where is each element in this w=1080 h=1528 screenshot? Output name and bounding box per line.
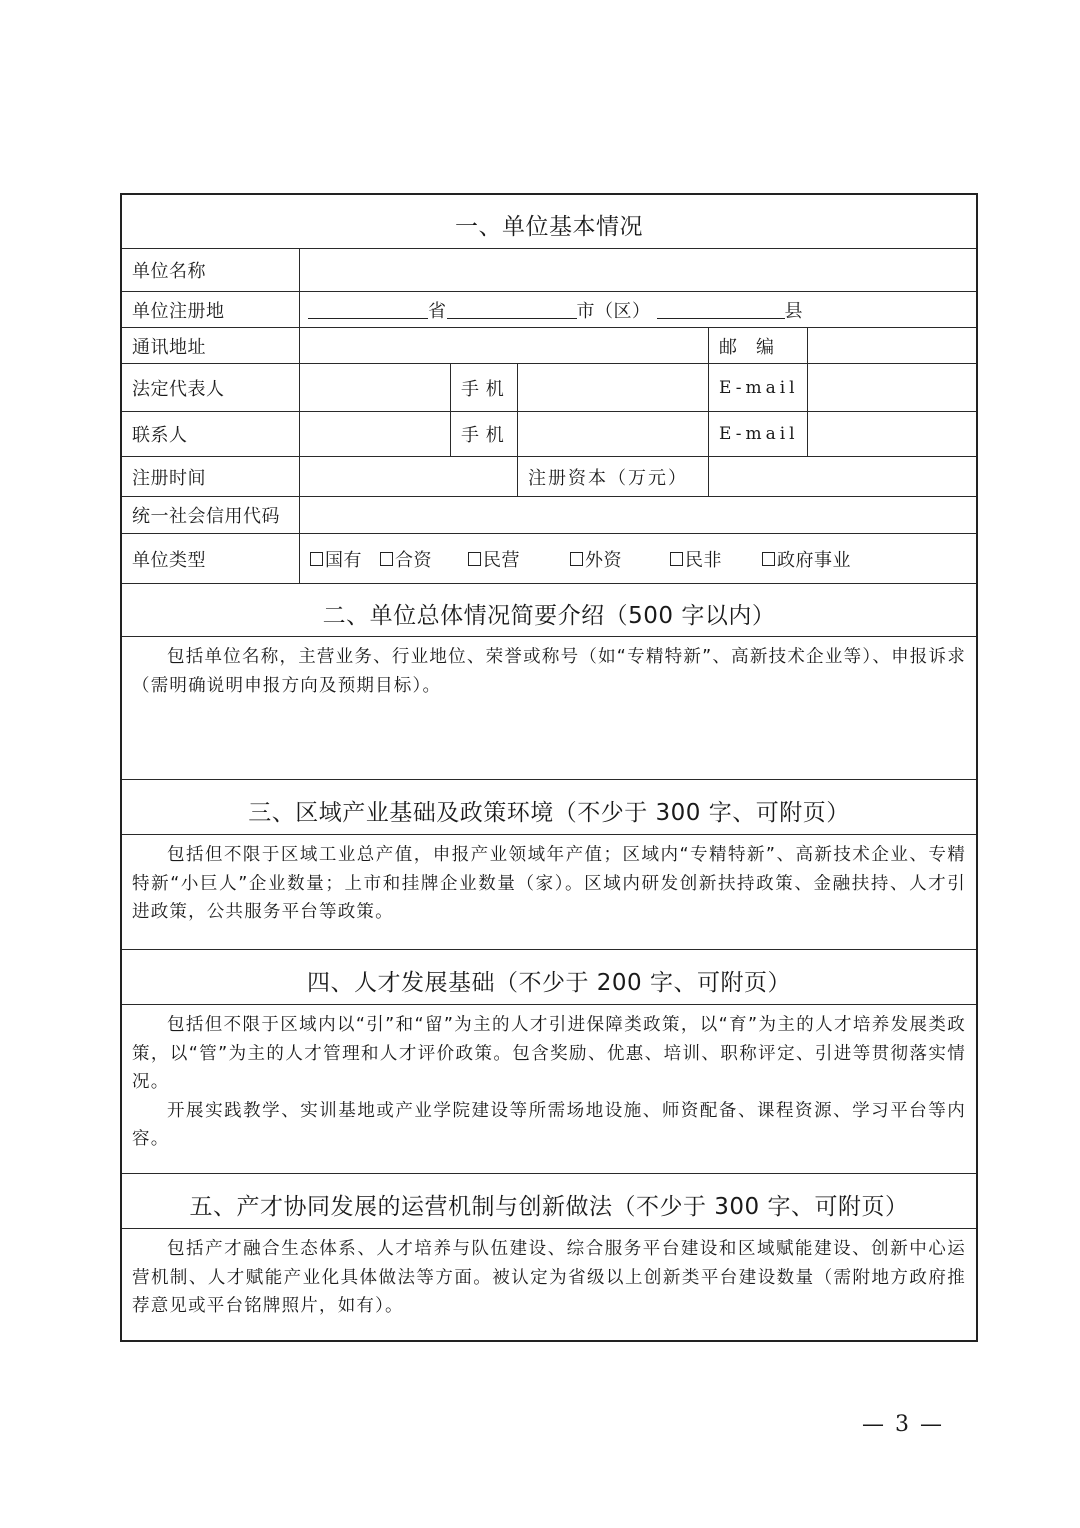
address-field[interactable] (299, 328, 708, 363)
legal-rep-mobile-field[interactable] (517, 364, 708, 411)
unit-type-checkbox-foreign[interactable]: 外资 (570, 546, 622, 572)
credit-code-field[interactable] (299, 497, 976, 533)
province-input[interactable] (308, 300, 428, 319)
legal-rep-email-field[interactable] (807, 364, 976, 411)
checkbox-icon (570, 552, 583, 566)
credit-code-label: 统一社会信用代码 (122, 497, 299, 533)
checkbox-icon (468, 552, 481, 566)
section5-title: 五、产才协同发展的运营机制与创新做法（不少于 300 字、可附页） (122, 1174, 976, 1228)
contact-label: 联系人 (122, 412, 299, 456)
checkbox-icon (670, 552, 683, 566)
county-input[interactable] (657, 300, 785, 319)
legal-rep-mobile-label: 手 机 (450, 364, 517, 411)
checkbox-icon (310, 552, 323, 566)
contact-mobile-field[interactable] (517, 412, 708, 456)
section3-description: 包括但不限于区域工业总产值，申报产业领域年产值；区域内“专精特新”、高新技术企业… (122, 835, 976, 927)
section1-header-row: 一、单位基本情况 (122, 195, 976, 249)
unit-name-row: 单位名称 (122, 249, 976, 292)
section5-header-row: 五、产才协同发展的运营机制与创新做法（不少于 300 字、可附页） (122, 1174, 976, 1229)
contact-field[interactable] (299, 412, 450, 456)
unit-type-row: 单位类型 国有 合资 民营 外资 民非 政府事业 (122, 534, 976, 584)
section5-description: 包括产才融合生态体系、人才培养与队伍建设、综合服务平台建设和区域赋能建设、创新中… (122, 1229, 976, 1321)
address-label: 通讯地址 (122, 328, 299, 363)
section4-title: 四、人才发展基础（不少于 200 字、可附页） (122, 950, 976, 1004)
unit-name-label: 单位名称 (122, 249, 299, 291)
reg-time-field[interactable] (299, 457, 517, 496)
contact-row: 联系人 手 机 E-mail (122, 412, 976, 457)
unit-type-checkbox-non-profit[interactable]: 民非 (670, 546, 722, 572)
unit-name-field[interactable] (299, 249, 976, 291)
section2-header-row: 二、单位总体情况简要介绍（500 字以内） (122, 584, 976, 637)
section2-title: 二、单位总体情况简要介绍（500 字以内） (122, 584, 976, 636)
section3-header-row: 三、区域产业基础及政策环境（不少于 300 字、可附页） (122, 780, 976, 835)
section3-content[interactable]: 包括但不限于区域工业总产值，申报产业领域年产值；区域内“专精特新”、高新技术企业… (122, 835, 976, 950)
reg-capital-label: 注册资本（万元） (517, 457, 708, 496)
address-row: 通讯地址 邮 编 (122, 328, 976, 364)
contact-email-label: E-mail (708, 412, 807, 456)
section4-content[interactable]: 包括但不限于区域内以“引”和“留”为主的人才引进保障类政策，以“育”为主的人才培… (122, 1005, 976, 1174)
legal-rep-label: 法定代表人 (122, 364, 299, 411)
checkbox-icon (380, 552, 393, 566)
section4-header-row: 四、人才发展基础（不少于 200 字、可附页） (122, 950, 976, 1005)
city-suffix: 市（区） (577, 297, 651, 323)
legal-rep-email-label: E-mail (708, 364, 807, 411)
section2-content[interactable]: 包括单位名称，主营业务、行业地位、荣誉或称号（如“专精特新”、高新技术企业等）、… (122, 637, 976, 780)
section4-description: 包括但不限于区域内以“引”和“留”为主的人才引进保障类政策，以“育”为主的人才培… (122, 1005, 976, 1154)
unit-type-label: 单位类型 (122, 534, 299, 583)
reg-time-label: 注册时间 (122, 457, 299, 496)
postcode-label: 邮 编 (708, 328, 807, 363)
contact-email-field[interactable] (807, 412, 976, 456)
postcode-field[interactable] (807, 328, 976, 363)
legal-rep-field[interactable] (299, 364, 450, 411)
registered-place-row: 单位注册地 省 市（区） 县 (122, 292, 976, 328)
unit-type-checkbox-joint-venture[interactable]: 合资 (380, 546, 432, 572)
registered-place-label: 单位注册地 (122, 292, 299, 327)
credit-code-row: 统一社会信用代码 (122, 497, 976, 534)
checkbox-icon (762, 552, 775, 566)
contact-mobile-label: 手 机 (450, 412, 517, 456)
legal-rep-row: 法定代表人 手 机 E-mail (122, 364, 976, 412)
county-suffix: 县 (785, 297, 804, 323)
section1-title: 一、单位基本情况 (122, 195, 976, 248)
reg-time-row: 注册时间 注册资本（万元） (122, 457, 976, 497)
reg-capital-field[interactable] (708, 457, 976, 496)
registered-place-field: 省 市（区） 县 (299, 292, 976, 327)
province-suffix: 省 (428, 297, 447, 323)
page-number: — 3 — (862, 1412, 944, 1437)
application-form-table: 一、单位基本情况 单位名称 单位注册地 省 市（区） 县 通讯地址 邮 编 法定… (120, 193, 978, 1342)
section5-content[interactable]: 包括产才融合生态体系、人才培养与队伍建设、综合服务平台建设和区域赋能建设、创新中… (122, 1229, 976, 1340)
unit-type-checkbox-government[interactable]: 政府事业 (762, 546, 851, 572)
unit-type-checkbox-private[interactable]: 民营 (468, 546, 520, 572)
unit-type-options: 国有 合资 民营 外资 民非 政府事业 (299, 534, 976, 583)
unit-type-checkbox-state-owned[interactable]: 国有 (310, 546, 362, 572)
section2-description: 包括单位名称，主营业务、行业地位、荣誉或称号（如“专精特新”、高新技术企业等）、… (122, 637, 976, 700)
city-input[interactable] (447, 300, 577, 319)
section3-title: 三、区域产业基础及政策环境（不少于 300 字、可附页） (122, 780, 976, 834)
